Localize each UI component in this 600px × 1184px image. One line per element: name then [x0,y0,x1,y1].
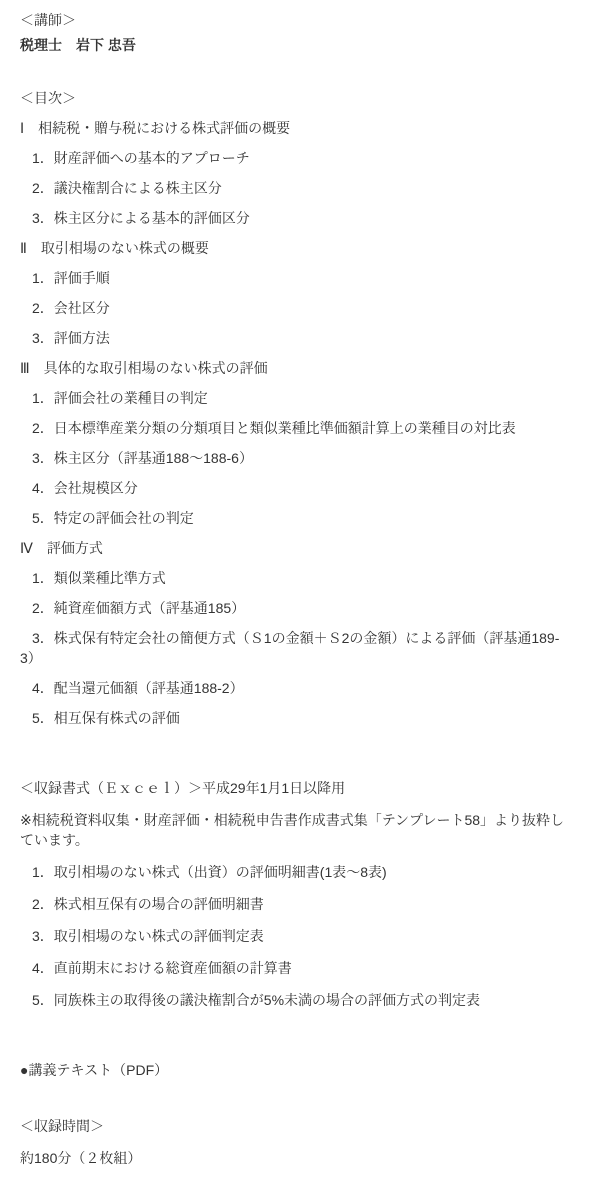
toc-item: 5．特定の評価会社の判定 [20,508,574,528]
toc-item: 1．評価会社の業種目の判定 [20,388,574,408]
format-item: 2．株式相互保有の場合の評価明細書 [20,894,574,914]
toc-section-items: 1．財産評価への基本的アプローチ2．議決権割合による株主区分3．株主区分による基… [20,148,574,228]
lecturer-heading: ＜講師＞ [20,10,574,30]
toc-item: 2．議決権割合による株主区分 [20,178,574,198]
toc-item: 4．配当還元価額（評基通188-2） [20,678,574,698]
toc-item: 2．日本標準産業分類の分類項目と類似業種比準価額計算上の業種目の対比表 [20,418,574,438]
toc-section-items: 1．評価手順2．会社区分3．評価方法 [20,268,574,348]
toc-item: 1．財産評価への基本的アプローチ [20,148,574,168]
toc-item: 3．株主区分（評基通188〜188-6） [20,448,574,468]
format-item: 4．直前期末における総資産価額の計算書 [20,958,574,978]
format-item: 5．同族株主の取得後の議決権割合が5%未満の場合の評価方式の判定表 [20,990,574,1010]
toc-section-heading: Ⅳ 評価方式 [20,538,574,558]
toc-item: 3．株主区分による基本的評価区分 [20,208,574,228]
toc-section-items: 1．評価会社の業種目の判定2．日本標準産業分類の分類項目と類似業種比準価額計算上… [20,388,574,528]
toc-item: 2．会社区分 [20,298,574,318]
toc-item: 2．純資産価額方式（評基通185） [20,598,574,618]
toc-item: 3．株式保有特定会社の簡便方式（Ｓ1の金額＋Ｓ2の金額）による評価（評基通189… [20,628,574,668]
toc-section-heading: Ⅲ 具体的な取引相場のない株式の評価 [20,358,574,378]
lecturer-name: 税理士 岩下 忠吾 [20,35,574,55]
toc-section-heading: Ⅰ 相続税・贈与税における株式評価の概要 [20,118,574,138]
formats-heading: ＜収録書式（Ｅｘｃｅｌ）＞平成29年1月1日以降用 [20,778,574,798]
duration-value: 約180分（２枚組） [20,1148,574,1168]
seminar-description: ＜講師＞ 税理士 岩下 忠吾 ＜目次＞ Ⅰ 相続税・贈与税における株式評価の概要… [0,0,600,1184]
format-item: 1．取引相場のない株式（出資）の評価明細書(1表〜8表) [20,862,574,882]
toc-sections: Ⅰ 相続税・贈与税における株式評価の概要 1．財産評価への基本的アプローチ2．議… [20,118,574,728]
format-items: 1．取引相場のない株式（出資）の評価明細書(1表〜8表) 2．株式相互保有の場合… [20,862,574,1010]
toc-heading: ＜目次＞ [20,88,574,108]
toc-item: 5．相互保有株式の評価 [20,708,574,728]
toc-item: 1．評価手順 [20,268,574,288]
toc-section-items: 1．類似業種比準方式2．純資産価額方式（評基通185）3．株式保有特定会社の簡便… [20,568,574,728]
toc-section-heading: Ⅱ 取引相場のない株式の概要 [20,238,574,258]
format-item: 3．取引相場のない株式の評価判定表 [20,926,574,946]
toc-item: 3．評価方法 [20,328,574,348]
toc-item: 1．類似業種比準方式 [20,568,574,588]
duration-heading: ＜収録時間＞ [20,1116,574,1136]
toc-item: 4．会社規模区分 [20,478,574,498]
formats-note: ※相続税資料収集・財産評価・相続税申告書作成書式集「テンプレート58」より抜粋し… [20,810,574,850]
lecture-text-note: ●講義テキスト（PDF） [20,1060,574,1080]
